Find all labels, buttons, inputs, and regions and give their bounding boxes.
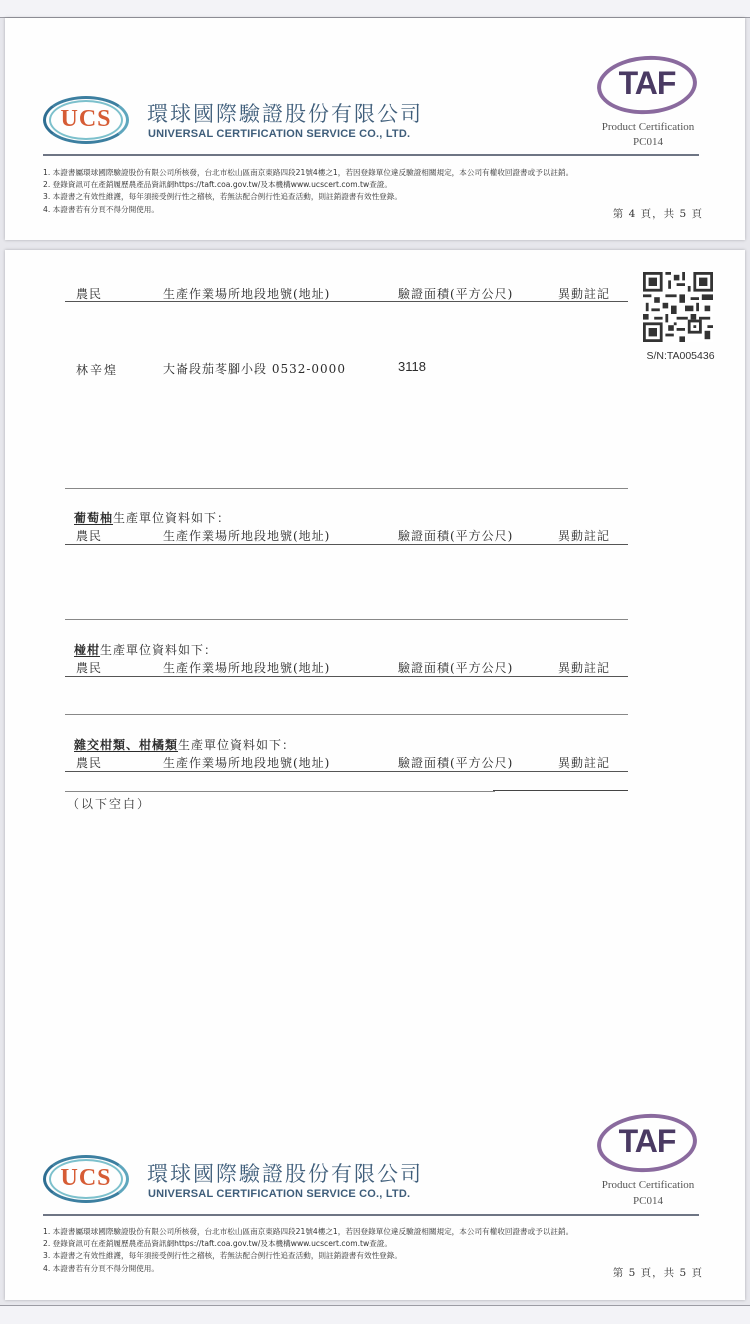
qr-code-icon	[643, 272, 713, 342]
section-title-ponkan: 椪柑生產單位資料如下：	[74, 641, 217, 658]
note-2: 2. 登錄資訊可在產銷履歷農產品資訊網https://taft.coa.gov.…	[43, 179, 573, 191]
header-remarks: 異動註記	[558, 754, 610, 771]
notes-list: 1. 本證書屬環球國際驗證股份有限公司所核發，台北市松山區南京東路四段21號4樓…	[43, 167, 573, 216]
taf-caption: Product Certification	[583, 121, 713, 133]
header-remarks: 異動註記	[558, 527, 610, 544]
section-divider	[65, 488, 628, 489]
section-divider	[65, 619, 628, 620]
note-1: 1. 本證書屬環球國際驗證股份有限公司所核發，台北市松山區南京東路四段21號4樓…	[43, 167, 573, 179]
header-area: 驗證面積(平方公尺)	[398, 659, 513, 676]
header-farmer: 農民	[76, 754, 102, 771]
crop-name: 雜交柑類、柑橘類	[74, 738, 178, 752]
company-name-cn: 環球國際驗證股份有限公司	[147, 98, 423, 128]
row-area: 3118	[398, 359, 426, 374]
footer-divider	[43, 1214, 699, 1216]
page-5-sheet: 農民 生產作業場所地段地號(地址) 驗證面積(平方公尺) 異動註記 林辛煌 大崙…	[5, 250, 745, 1300]
header-area: 驗證面積(平方公尺)	[398, 754, 513, 771]
note-4: 4. 本證書若有分頁不得分開使用。	[43, 1263, 573, 1275]
ucs-logo-icon: UCS	[43, 1155, 135, 1205]
header-location: 生產作業場所地段地號(地址)	[163, 754, 330, 771]
header-underline	[65, 771, 628, 772]
company-name-en: UNIVERSAL CERTIFICATION SERVICE CO., LTD…	[148, 1188, 410, 1200]
row-location: 大崙段茄苳腳小段 0532-0000	[163, 360, 346, 377]
note-4: 4. 本證書若有分頁不得分開使用。	[43, 204, 573, 216]
certificate-footer: UCS 環球國際驗證股份有限公司 UNIVERSAL CERTIFICATION…	[5, 1100, 745, 1300]
crop-name: 葡萄柚	[74, 511, 113, 525]
section-title-grapefruit: 葡萄柚生產單位資料如下：	[74, 509, 230, 526]
ucs-logo-icon: UCS	[43, 96, 135, 146]
blank-note: （以下空白）	[67, 795, 151, 812]
page-number: 第 4 頁，共 5 頁	[603, 206, 703, 221]
section-divider	[65, 714, 628, 715]
header-underline	[65, 544, 628, 545]
taf-logo-icon: TAF	[595, 1114, 699, 1176]
header-location: 生產作業場所地段地號(地址)	[163, 285, 330, 302]
certificate-footer: UCS 環球國際驗證股份有限公司 UNIVERSAL CERTIFICATION…	[5, 18, 745, 218]
section-title-text: 生產單位資料如下：	[100, 643, 217, 657]
section-title-hybrid-citrus: 雜交柑類、柑橘類生產單位資料如下：	[74, 736, 295, 753]
taf-caption: Product Certification	[583, 1179, 713, 1191]
page-number: 第 5 頁，共 5 頁	[603, 1265, 703, 1280]
header-location: 生產作業場所地段地號(地址)	[163, 659, 330, 676]
viewer-top-bar	[0, 0, 750, 18]
header-farmer: 農民	[76, 659, 102, 676]
company-name-cn: 環球國際驗證股份有限公司	[147, 1158, 423, 1188]
footer-divider	[43, 154, 699, 156]
row-farmer: 林辛煌	[76, 361, 118, 378]
taf-code: PC014	[583, 136, 713, 148]
company-name-en: UNIVERSAL CERTIFICATION SERVICE CO., LTD…	[148, 128, 410, 140]
crop-name: 椪柑	[74, 643, 100, 657]
header-farmer: 農民	[76, 285, 102, 302]
viewer-bottom-bar	[0, 1305, 750, 1324]
header-remarks: 異動註記	[558, 285, 610, 302]
header-area: 驗證面積(平方公尺)	[398, 527, 513, 544]
note-2: 2. 登錄資訊可在產銷履歷農產品資訊網https://taft.coa.gov.…	[43, 1238, 573, 1250]
serial-number: S/N:TA005436	[638, 350, 723, 362]
page-4-footer-sheet: UCS 環球國際驗證股份有限公司 UNIVERSAL CERTIFICATION…	[5, 18, 745, 240]
note-3: 3. 本證書之有效性維護，每年須接受例行性之稽核，若無法配合例行性追查活動，則註…	[43, 191, 573, 203]
header-underline	[65, 676, 628, 677]
taf-logo-icon: TAF	[595, 56, 699, 118]
taf-code: PC014	[583, 1195, 713, 1207]
notes-list: 1. 本證書屬環球國際驗證股份有限公司所核發，台北市松山區南京東路四段21號4樓…	[43, 1226, 573, 1275]
signature-line	[493, 790, 628, 791]
header-area: 驗證面積(平方公尺)	[398, 285, 513, 302]
note-3: 3. 本證書之有效性維護，每年須接受例行性之稽核，若無法配合例行性追查活動，則註…	[43, 1250, 573, 1262]
note-1: 1. 本證書屬環球國際驗證股份有限公司所核發，台北市松山區南京東路四段21號4樓…	[43, 1226, 573, 1238]
header-underline	[65, 301, 628, 302]
header-location: 生產作業場所地段地號(地址)	[163, 527, 330, 544]
section-title-text: 生產單位資料如下：	[113, 511, 230, 525]
section-divider	[65, 791, 495, 792]
section-title-text: 生產單位資料如下：	[178, 738, 295, 752]
header-farmer: 農民	[76, 527, 102, 544]
header-remarks: 異動註記	[558, 659, 610, 676]
